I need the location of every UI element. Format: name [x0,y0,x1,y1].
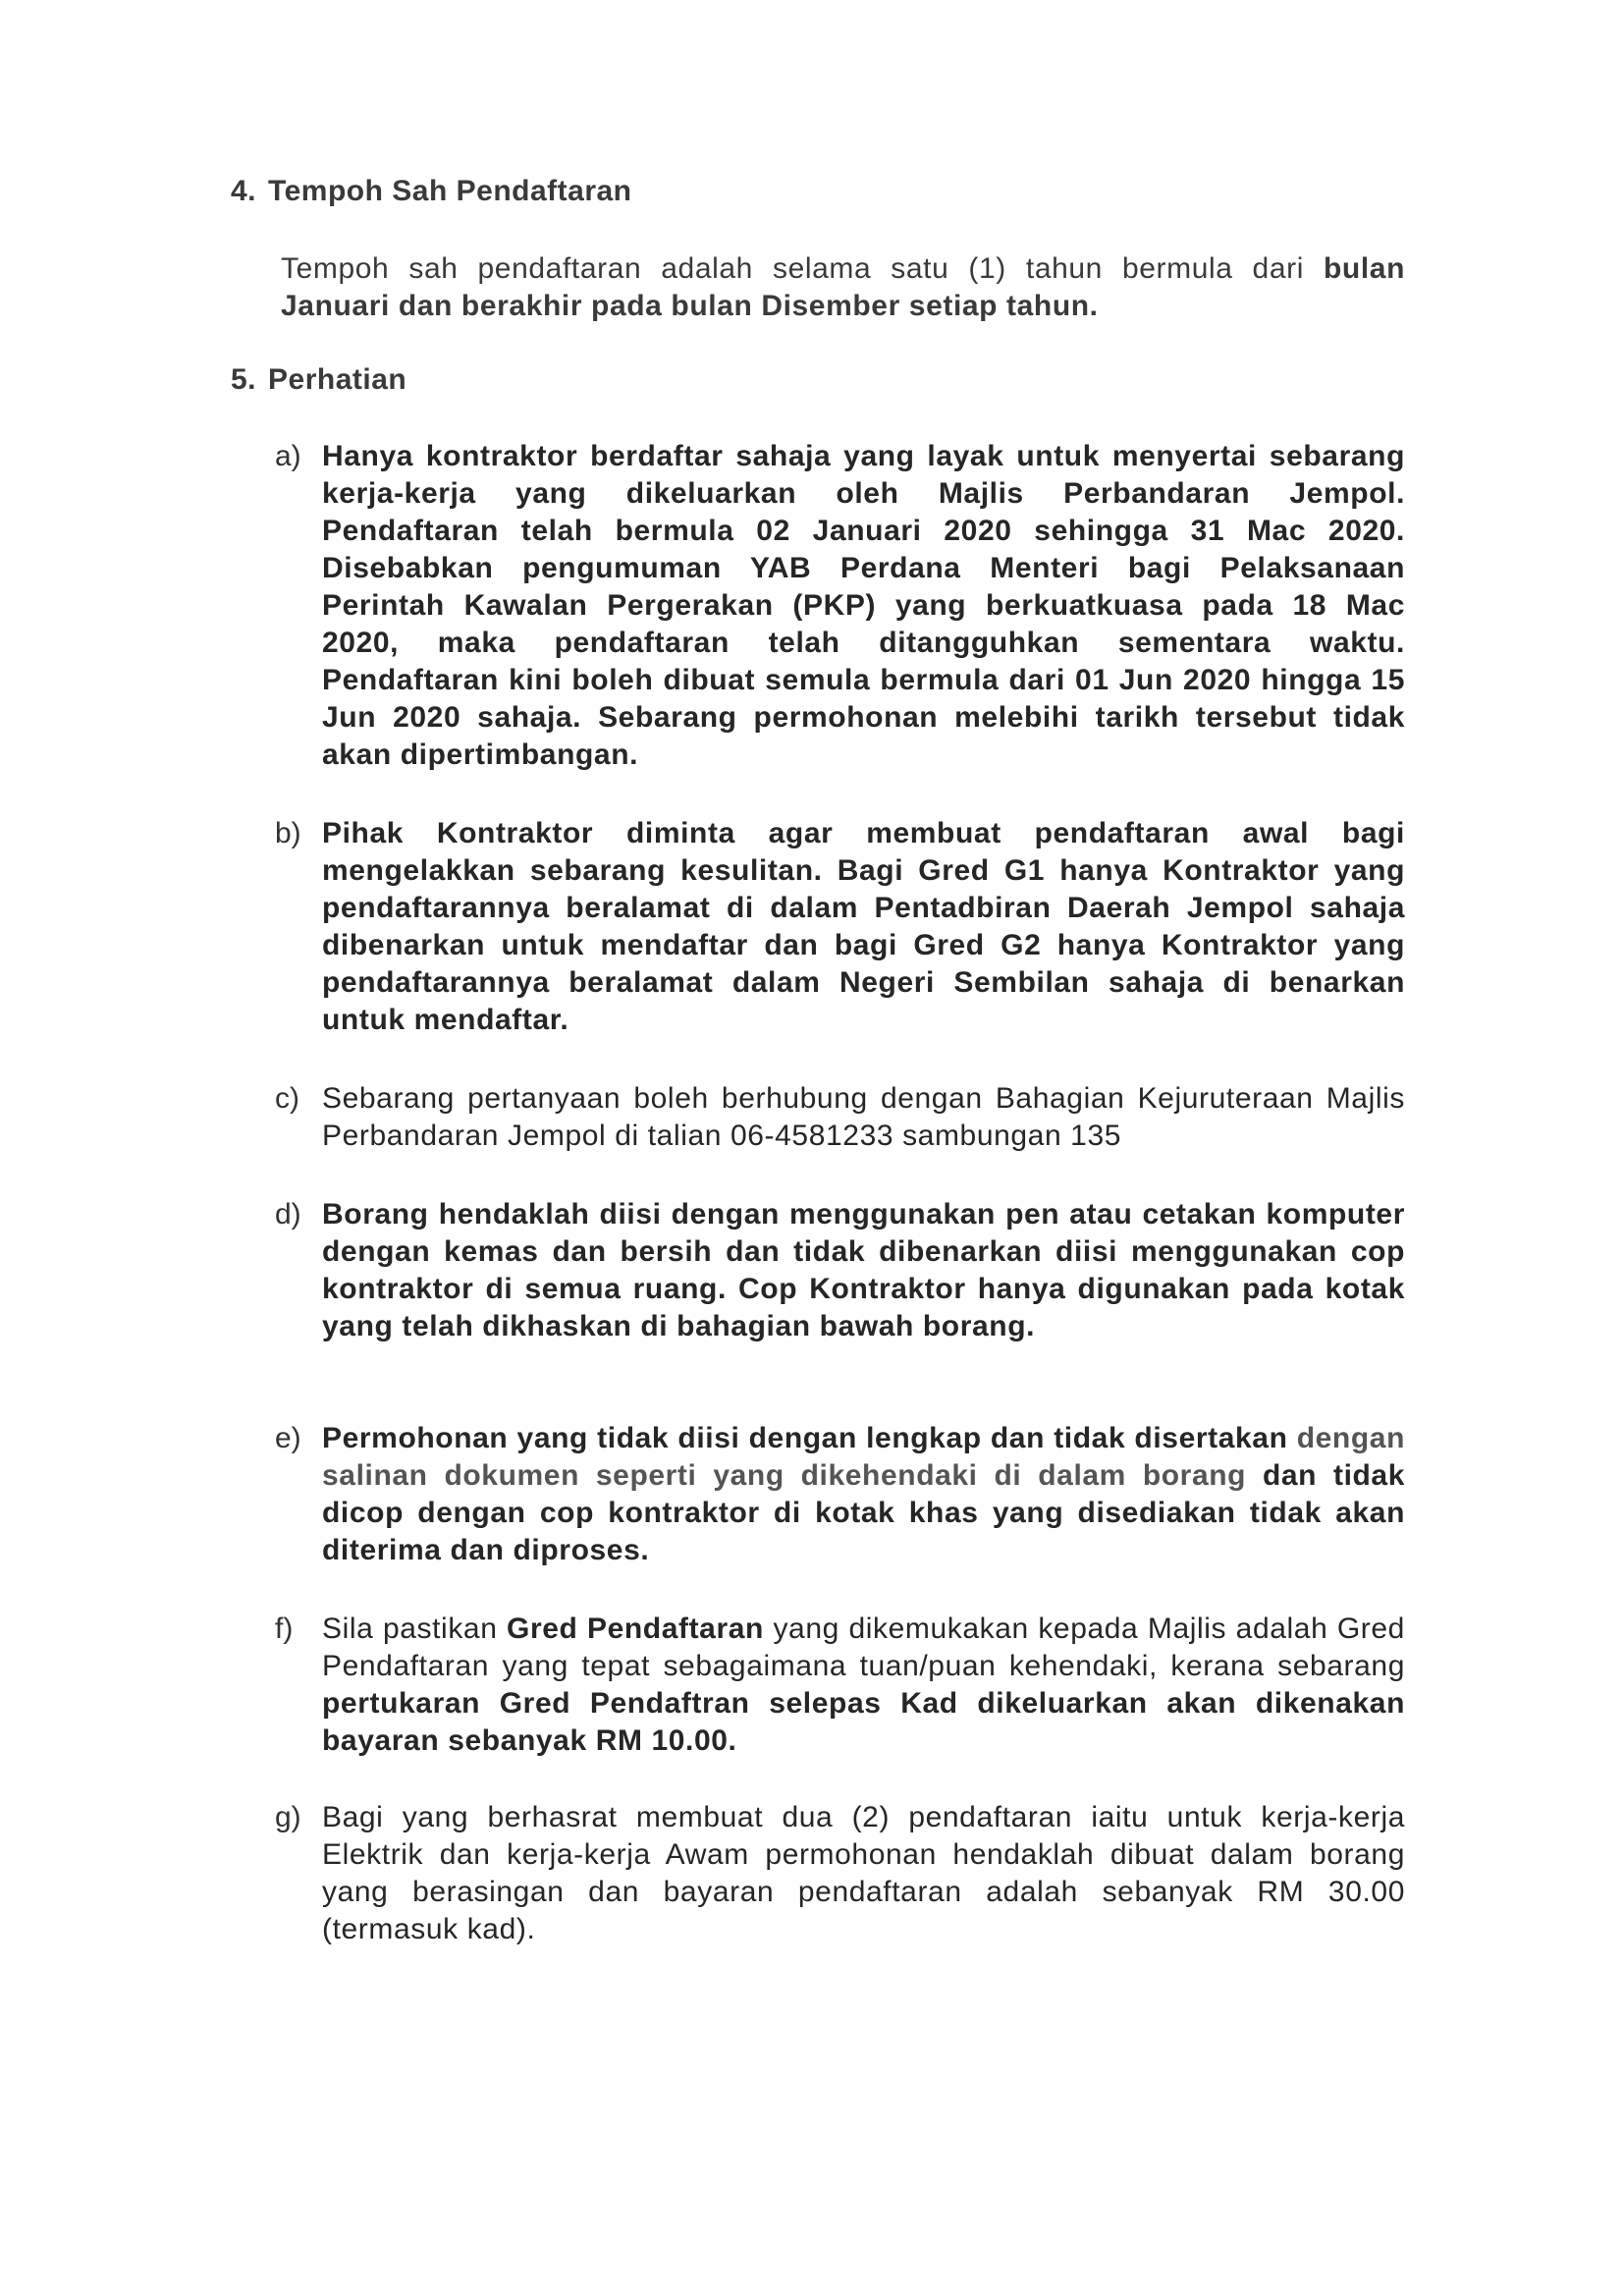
item-marker: a) [275,438,301,475]
item-text: Borang hendaklah diisi dengan menggunaka… [322,1196,1405,1345]
item-marker: g) [275,1799,301,1836]
list-item-b: b) Pihak Kontraktor diminta agar membuat… [275,815,1405,1039]
section-4-body: Tempoh sah pendaftaran adalah selama sat… [281,250,1405,325]
item-text-part: Sila pastikan [322,1613,507,1645]
item-marker: c) [275,1080,299,1118]
item-text: Sebarang pertanyaan boleh berhubung deng… [322,1080,1405,1155]
list-item-d: d) Borang hendaklah diisi dengan menggun… [275,1196,1405,1345]
item-text-part: Permohonan yang tidak diisi dengan lengk… [322,1422,1297,1454]
item-text: Pihak Kontraktor diminta agar membuat pe… [322,815,1405,1039]
section-5-heading: 5.Perhatian [231,363,406,397]
list-item-e: e) Permohonan yang tidak diisi dengan le… [275,1420,1405,1569]
item-text: Permohonan yang tidak diisi dengan lengk… [322,1420,1405,1569]
item-text-bold: Gred Pendaftaran [507,1613,764,1645]
section-4-number: 4. [231,175,268,208]
item-text-bold: pertukaran Gred Pendaftran selepas Kad d… [322,1687,1405,1757]
item-marker: e) [275,1420,301,1457]
item-marker: d) [275,1196,301,1233]
item-text: Sila pastikan Gred Pendaftaran yang dike… [322,1611,1405,1760]
section-4-title: Tempoh Sah Pendaftaran [268,175,632,207]
list-item-g: g) Bagi yang berhasrat membuat dua (2) p… [275,1799,1405,1948]
list-item-c: c) Sebarang pertanyaan boleh berhubung d… [275,1080,1405,1155]
section-5-number: 5. [231,363,268,397]
list-item-f: f) Sila pastikan Gred Pendaftaran yang d… [275,1611,1405,1760]
item-text: Hanya kontraktor berdaftar sahaja yang l… [322,438,1405,774]
section-4-heading: 4.Tempoh Sah Pendaftaran [231,175,632,208]
section-5-title: Perhatian [268,363,406,396]
section-4-body-normal: Tempoh sah pendaftaran adalah selama sat… [281,252,1324,285]
list-item-a: a) Hanya kontraktor berdaftar sahaja yan… [275,438,1405,774]
item-marker: f) [275,1611,293,1648]
item-text: Bagi yang berhasrat membuat dua (2) pend… [322,1799,1405,1948]
item-marker: b) [275,815,301,852]
